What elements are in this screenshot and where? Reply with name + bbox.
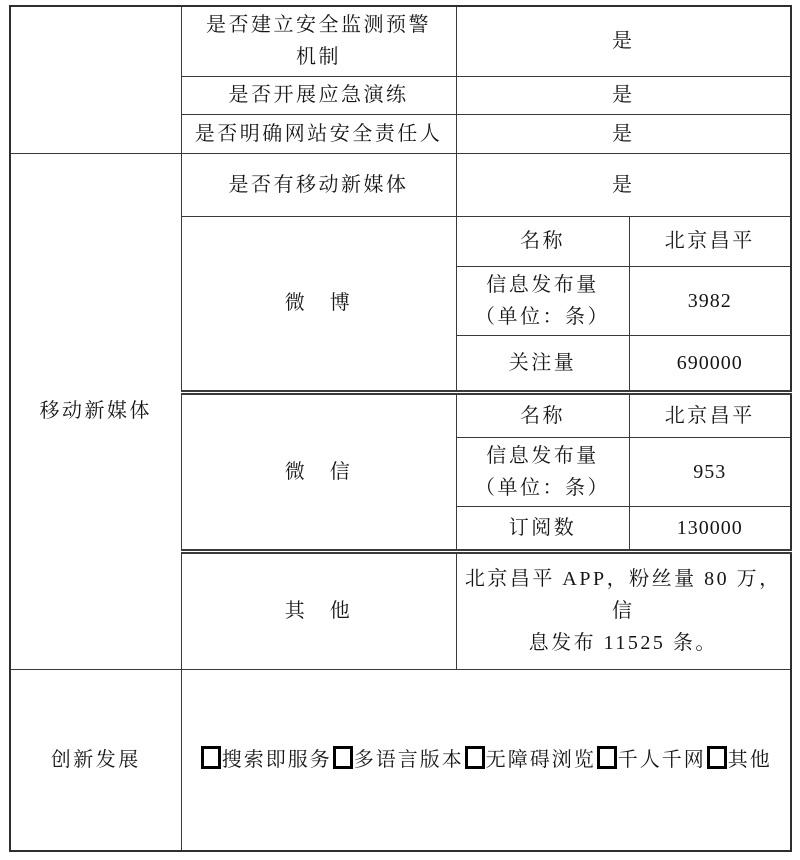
- weibo-followers-value: 690000: [629, 335, 791, 392]
- checkbox-unchecked-icon: [597, 746, 617, 769]
- weibo-name-value: 北京昌平: [629, 216, 791, 266]
- category-cell-mobile-media: 移动新媒体: [10, 153, 181, 669]
- has-mobile-media-label: 是否有移动新媒体: [181, 153, 456, 216]
- innovation-option-label: 搜索即服务: [222, 749, 332, 771]
- weibo-name-label: 名称: [456, 216, 629, 266]
- security-officer-label: 是否明确网站安全责任人: [181, 114, 456, 153]
- innovation-option: 多语言版本: [332, 749, 464, 771]
- government-website-report-table: 是否建立安全监测预警 机制 是 是否开展应急演练 是 是否明确网站安全责任人 是…: [9, 5, 792, 852]
- report-table-sheet: 是否建立安全监测预警 机制 是 是否开展应急演练 是 是否明确网站安全责任人 是…: [9, 5, 792, 852]
- wechat-subscribers-label: 订阅数: [456, 506, 629, 551]
- innovation-option: 无障碍浏览: [464, 749, 596, 771]
- innovation-options-line: 搜索即服务多语言版本无障碍浏览千人千网其他: [181, 669, 791, 851]
- wechat-subscribers-value: 130000: [629, 506, 791, 551]
- wechat-posts-value: 953: [629, 437, 791, 506]
- innovation-option-label: 其他: [728, 749, 772, 771]
- innovation-option: 千人千网: [596, 749, 706, 771]
- weibo-posts-label: 信息发布量 （单位：条）: [456, 266, 629, 335]
- innovation-option-label: 无障碍浏览: [486, 749, 596, 771]
- weibo-group-label: 微 博: [181, 216, 456, 392]
- innovation-option-label: 多语言版本: [354, 749, 464, 771]
- category-cell-empty: [10, 6, 181, 153]
- weibo-posts-value: 3982: [629, 266, 791, 335]
- other-media-label: 其 他: [181, 551, 456, 669]
- weibo-followers-label: 关注量: [456, 335, 629, 392]
- innovation-option-label: 千人千网: [618, 749, 706, 771]
- security-monitoring-value: 是: [456, 6, 791, 76]
- wechat-posts-label: 信息发布量 （单位：条）: [456, 437, 629, 506]
- other-media-value: 北京昌平 APP，粉丝量 80 万，信 息发布 11525 条。: [456, 551, 791, 669]
- innovation-option: 其他: [706, 749, 772, 771]
- checkbox-unchecked-icon: [201, 746, 221, 769]
- security-drill-label: 是否开展应急演练: [181, 76, 456, 114]
- wechat-group-label: 微 信: [181, 392, 456, 551]
- checkbox-unchecked-icon: [707, 746, 727, 769]
- security-monitoring-label: 是否建立安全监测预警 机制: [181, 6, 456, 76]
- checkbox-unchecked-icon: [465, 746, 485, 769]
- security-drill-value: 是: [456, 76, 791, 114]
- security-officer-value: 是: [456, 114, 791, 153]
- category-cell-innovation: 创新发展: [10, 669, 181, 851]
- wechat-name-label: 名称: [456, 392, 629, 437]
- innovation-option: 搜索即服务: [200, 749, 332, 771]
- has-mobile-media-value: 是: [456, 153, 791, 216]
- wechat-name-value: 北京昌平: [629, 392, 791, 437]
- checkbox-unchecked-icon: [333, 746, 353, 769]
